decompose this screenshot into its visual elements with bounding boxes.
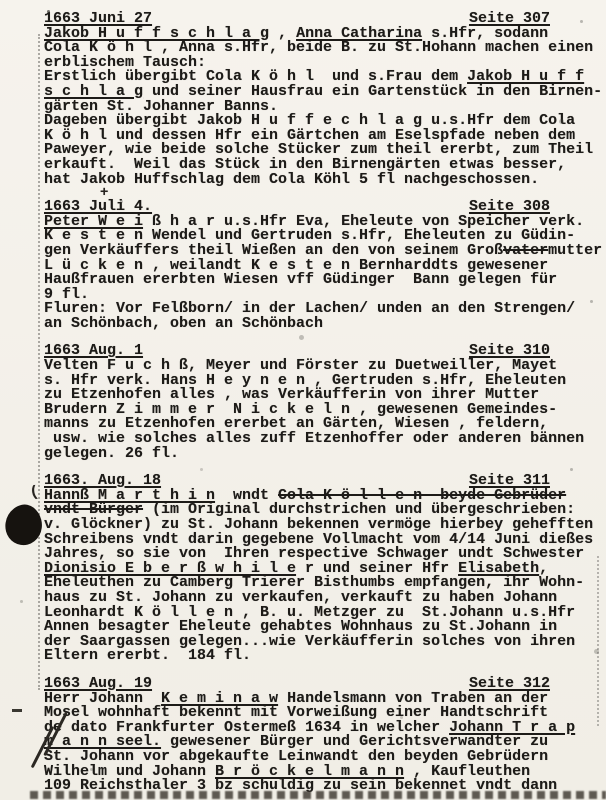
register-entry: 1663 Juni 27Seite 307Jakob H u f f s c h… [44,12,606,187]
text-line: gelegen. 26 fl. [44,447,606,462]
text-segment: Haußfrauen ererbten Wiesen vff Güdinger … [44,271,557,288]
right-margin-dotted-line [597,556,599,726]
text-segment: hat Jakob Huffschlag dem Cola Köhl 5 fl … [44,171,539,188]
plus-annotation-mark: + [100,186,108,201]
text-line: an Schönbach, oben an Schönbach [44,317,606,332]
binding-margin-dotted-line [38,34,40,690]
register-entry: 1663. Aug. 18Seite 311Hannß M a r t h i … [44,474,606,664]
register-entry: 1663 Juli 4.Seite 308Peter W e i ß h a r… [44,200,606,331]
text-line: Eltern ererbt. 184 fl. [44,649,606,664]
register-entry: 1663 Aug. 1Seite 310Velten F u c h ß, Me… [44,344,606,461]
register-entry: 1663 Aug. 19Seite 312Herr Johann K e m i… [44,677,606,794]
bottom-cutoff-text-smudge [30,791,606,799]
text-segment: mutter [548,242,602,259]
text-segment: an Schönbach, oben an Schönbach [44,315,323,332]
text-segment: gelegen. 26 fl. [44,445,179,462]
text-line: Haußfrauen ererbten Wiesen vff Güdinger … [44,273,606,288]
scanned-register-page: 1663 Juni 27Seite 307Jakob H u f f s c h… [0,0,606,800]
handwritten-dash-mark [12,709,22,712]
text-segment: Eltern ererbt. 184 fl. [44,647,251,664]
scan-noise-speckles [47,10,50,13]
text-line: hat Jakob Huffschlag dem Cola Köhl 5 fl … [44,173,606,188]
entries-container: 1663 Juni 27Seite 307Jakob H u f f s c h… [44,12,606,794]
